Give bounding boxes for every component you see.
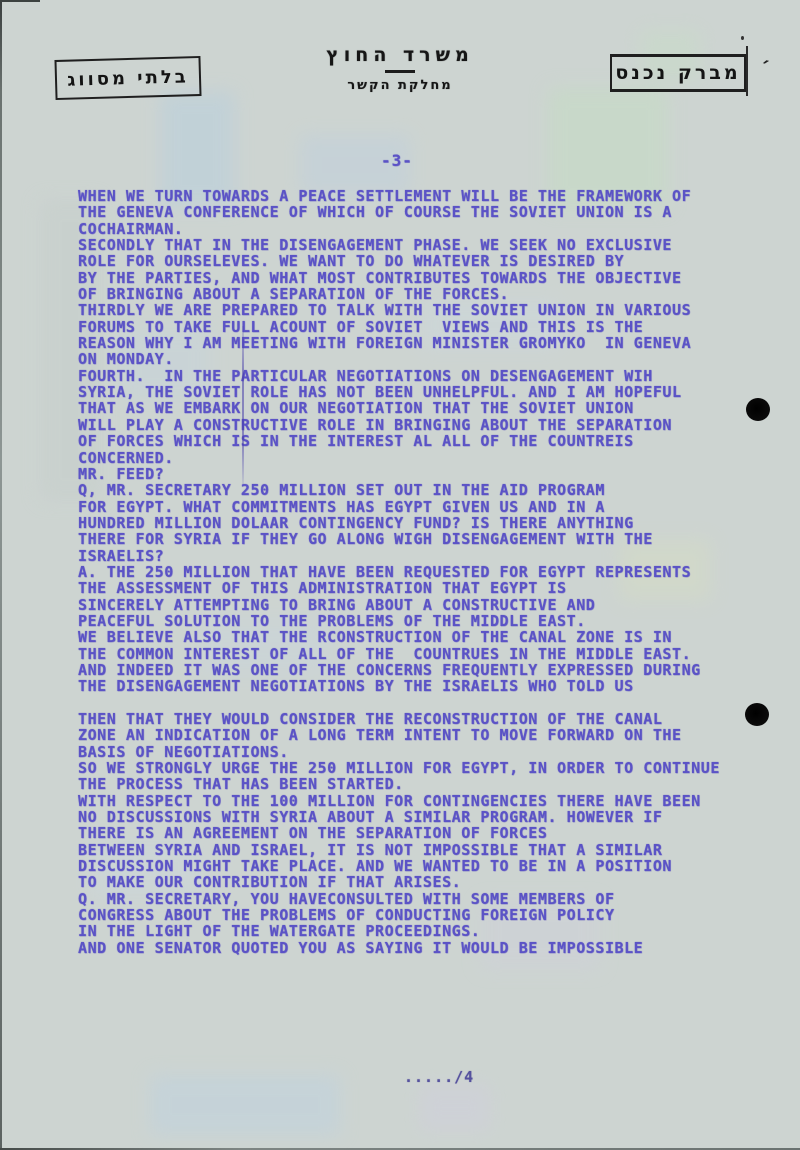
scan-tint-patch bbox=[420, 1085, 490, 1130]
body-line: THERE IS AN AGREEMENT ON THE SEPARATION … bbox=[78, 825, 758, 841]
body-line: CONCERNED. bbox=[78, 450, 758, 466]
hole-punch-top bbox=[746, 398, 770, 421]
body-line: SO WE STRONGLY URGE THE 250 MILLION FOR … bbox=[78, 760, 758, 776]
letterhead-divider bbox=[385, 70, 415, 73]
body-line: BASIS OF NEGOTIATIONS. bbox=[78, 744, 758, 760]
body-line: WILL PLAY A CONSTRUCTIVE ROLE IN BRINGIN… bbox=[78, 417, 758, 433]
body-line: THEN THAT THEY WOULD CONSIDER THE RECONS… bbox=[78, 711, 758, 727]
hole-punch-bottom bbox=[745, 703, 769, 726]
body-line: COCHAIRMAN. bbox=[78, 221, 758, 237]
body-line: FOR EGYPT. WHAT COMMITMENTS HAS EGYPT GI… bbox=[78, 499, 758, 515]
body-line: OF FORCES WHICH IS IN THE INTEREST AL AL… bbox=[78, 433, 758, 449]
body-line: ROLE FOR OURSELEVES. WE WANT TO DO WHATE… bbox=[78, 253, 758, 269]
body-line: PEACEFUL SOLUTION TO THE PROBLEMS OF THE… bbox=[78, 613, 758, 629]
body-line: ISRAELIS? bbox=[78, 548, 758, 564]
body-line: DISCUSSION MIGHT TAKE PLACE. AND WE WANT… bbox=[78, 858, 758, 874]
body-line: SYRIA, THE SOVIET ROLE HAS NOT BEEN UNHE… bbox=[78, 384, 758, 400]
body-line: BETWEEN SYRIA AND ISRAEL, IT IS NOT IMPO… bbox=[78, 842, 758, 858]
body-line: THE DISENGAGEMENT NEGOTIATIONS BY THE IS… bbox=[78, 678, 758, 694]
body-line bbox=[78, 695, 758, 711]
body-line: SINCERELY ATTEMPTING TO BRING ABOUT A CO… bbox=[78, 597, 758, 613]
body-line: FORUMS TO TAKE FULL ACOUNT OF SOVIET VIE… bbox=[78, 319, 758, 335]
scan-edge-top bbox=[0, 0, 40, 2]
body-line: CONGRESS ABOUT THE PROBLEMS OF CONDUCTIN… bbox=[78, 907, 758, 923]
body-line: BY THE PARTIES, AND WHAT MOST CONTRIBUTE… bbox=[78, 270, 758, 286]
scan-edge-left bbox=[0, 0, 2, 1150]
scanned-telegram-page: מברק נכנס ׳ משרד החוץ מחלקת הקשר בלתי מס… bbox=[0, 0, 800, 1150]
body-line: THERE FOR SYRIA IF THEY GO ALONG WIGH DI… bbox=[78, 531, 758, 547]
body-line: REASON WHY I AM MEETING WITH FOREIGN MIN… bbox=[78, 335, 758, 351]
body-line: OF BRINGING ABOUT A SEPARATION OF THE FO… bbox=[78, 286, 758, 302]
body-line: HUNDRED MILLION DOLAAR CONTINGENCY FUND?… bbox=[78, 515, 758, 531]
scan-tint-patch bbox=[150, 1075, 340, 1135]
telegram-body: WHEN WE TURN TOWARDS A PEACE SETTLEMENT … bbox=[78, 188, 758, 956]
page-number: -3- bbox=[381, 151, 413, 170]
body-line: A. THE 250 MILLION THAT HAVE BEEN REQUES… bbox=[78, 564, 758, 580]
body-line: MR. FEED? bbox=[78, 466, 758, 482]
body-line: ON MONDAY. bbox=[78, 351, 758, 367]
body-line: FOURTH. IN THE PARTICULAR NEGOTIATIONS O… bbox=[78, 368, 758, 384]
body-line: AND ONE SENATOR QUOTED YOU AS SAYING IT … bbox=[78, 940, 758, 956]
unclassified-stamp-label: בלתי מסווג bbox=[67, 66, 189, 90]
continuation-marker: ...../4 bbox=[404, 1068, 474, 1086]
body-line: THE COMMON INTEREST OF ALL OF THE COUNTR… bbox=[78, 646, 758, 662]
body-line: THE ASSESSMENT OF THIS ADMINISTRATION TH… bbox=[78, 580, 758, 596]
body-line: NO DISCUSSIONS WITH SYRIA ABOUT A SIMILA… bbox=[78, 809, 758, 825]
body-line: ZONE AN INDICATION OF A LONG TERM INTENT… bbox=[78, 727, 758, 743]
body-line: THE PROCESS THAT HAS BEEN STARTED. bbox=[78, 776, 758, 792]
body-line: WE BELIEVE ALSO THAT THE RCONSTRUCTION O… bbox=[78, 629, 758, 645]
body-line: THIRDLY WE ARE PREPARED TO TALK WITH THE… bbox=[78, 302, 758, 318]
body-line: AND INDEED IT WAS ONE OF THE CONCERNS FR… bbox=[78, 662, 758, 678]
body-line: TO MAKE OUR CONTRIBUTION IF THAT ARISES. bbox=[78, 874, 758, 890]
body-line: SECONDLY THAT IN THE DISENGAGEMENT PHASE… bbox=[78, 237, 758, 253]
body-line: THAT AS WE EMBARK ON OUR NEGOTIATION THA… bbox=[78, 400, 758, 416]
body-line: Q. MR. SECRETARY, YOU HAVECONSULTED WITH… bbox=[78, 891, 758, 907]
body-line: WITH RESPECT TO THE 100 MILLION FOR CONT… bbox=[78, 793, 758, 809]
body-line: WHEN WE TURN TOWARDS A PEACE SETTLEMENT … bbox=[78, 188, 758, 204]
body-line: Q, MR. SECRETARY 250 MILLION SET OUT IN … bbox=[78, 482, 758, 498]
ink-speck bbox=[741, 36, 744, 40]
paper-crease-line bbox=[242, 326, 244, 484]
body-line: IN THE LIGHT OF THE WATERGATE PROCEEDING… bbox=[78, 923, 758, 939]
body-line: THE GENEVA CONFERENCE OF WHICH OF COURSE… bbox=[78, 204, 758, 220]
unclassified-stamp: בלתי מסווג bbox=[54, 56, 201, 100]
